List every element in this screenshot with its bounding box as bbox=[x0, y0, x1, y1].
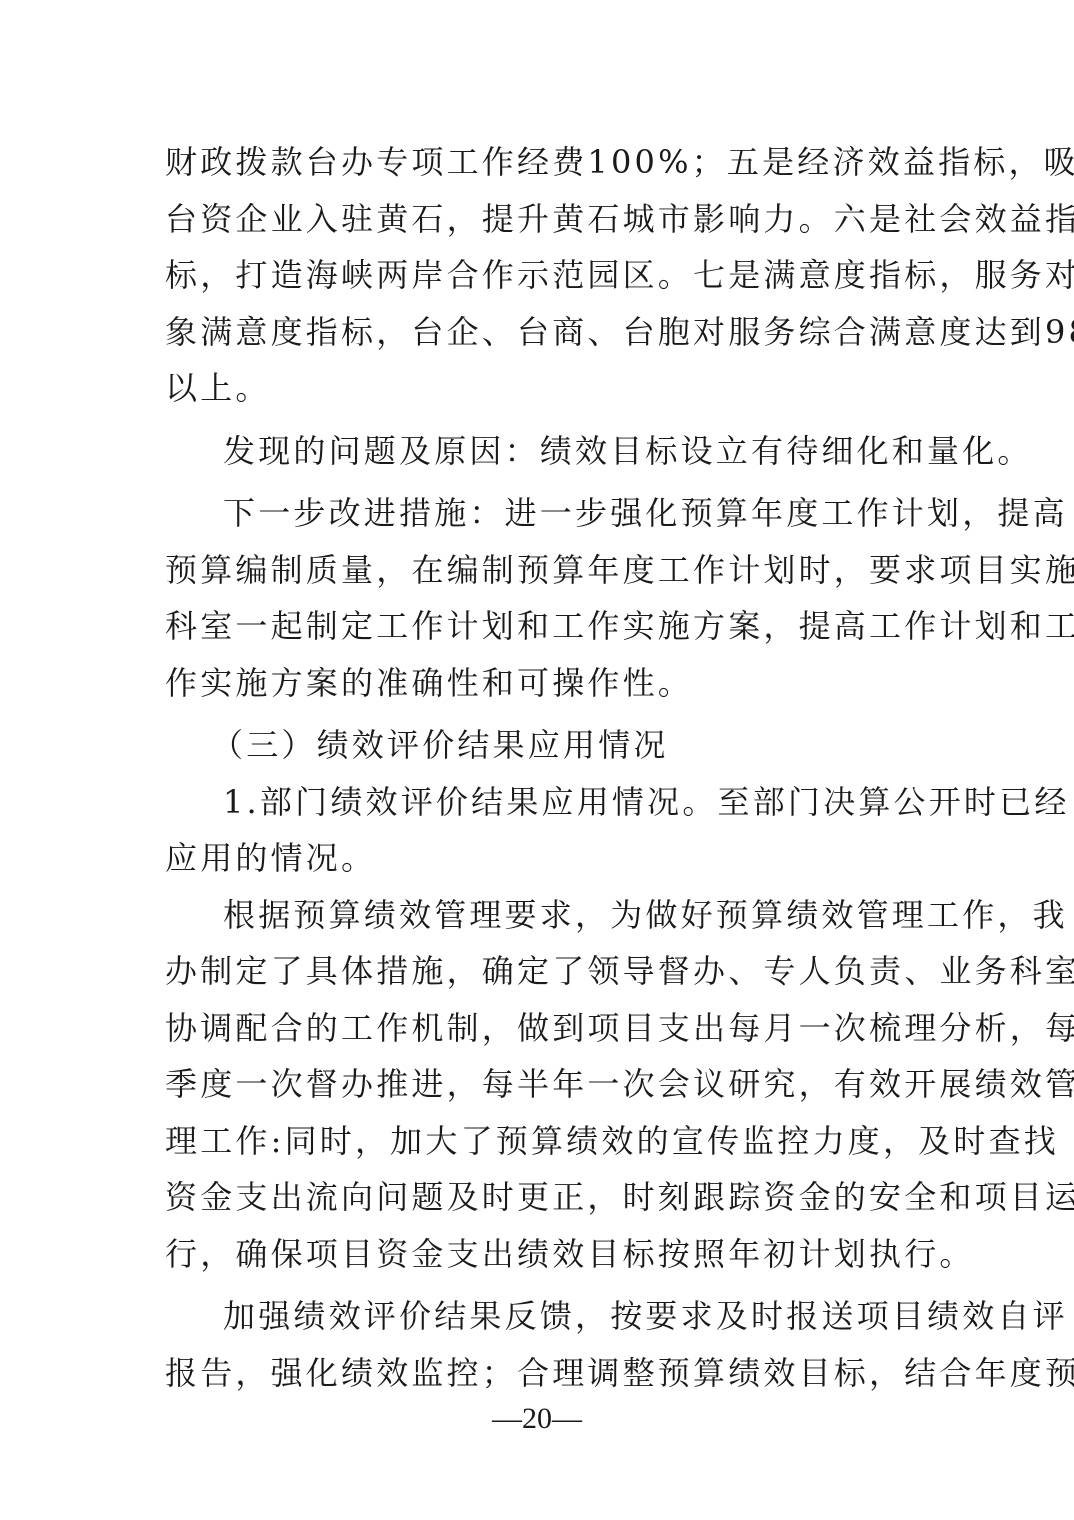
text-line: 1.部门绩效评价结果应用情况。至部门决算公开时已经 bbox=[165, 774, 915, 831]
text-line: 根据预算绩效管理要求，为做好预算绩效管理工作，我 bbox=[165, 887, 915, 944]
paragraph-performance-indicators: 财政拨款台办专项工作经费100%；五是经济效益指标，吸引 台资企业入驻黄石，提升… bbox=[165, 134, 915, 417]
text-line: 行，确保项目资金支出绩效目标按照年初计划执行。 bbox=[165, 1226, 915, 1283]
text-line: 财政拨款台办专项工作经费100%；五是经济效益指标，吸引 bbox=[165, 134, 915, 191]
text-line: 应用的情况。 bbox=[165, 830, 915, 887]
paragraph-problems-found: 发现的问题及原因：绩效目标设立有待细化和量化。 bbox=[165, 423, 915, 480]
paragraph-dept-results-application: 1.部门绩效评价结果应用情况。至部门决算公开时已经 应用的情况。 bbox=[165, 774, 915, 887]
text-line: 台资企业入驻黄石，提升黄石城市影响力。六是社会效益指 bbox=[165, 191, 915, 248]
text-line: 预算编制质量，在编制预算年度工作计划时，要求项目实施 bbox=[165, 542, 915, 599]
paragraph-feedback: 加强绩效评价结果反馈，按要求及时报送项目绩效自评 报告，强化绩效监控；合理调整预… bbox=[165, 1288, 915, 1401]
document-body: 财政拨款台办专项工作经费100%；五是经济效益指标，吸引 台资企业入驻黄石，提升… bbox=[165, 134, 915, 1401]
document-page: 财政拨款台办专项工作经费100%；五是经济效益指标，吸引 台资企业入驻黄石，提升… bbox=[0, 0, 1074, 1520]
text-line: 理工作:同时，加大了预算绩效的宣传监控力度，及时查找 bbox=[165, 1113, 915, 1170]
text-line: 标，打造海峡两岸合作示范园区。七是满意度指标，服务对 bbox=[165, 247, 915, 304]
text-line: 作实施方案的准确性和可操作性。 bbox=[165, 655, 915, 712]
paragraph-management-measures: 根据预算绩效管理要求，为做好预算绩效管理工作，我 办制定了具体措施，确定了领导督… bbox=[165, 887, 915, 1283]
text-line: 以上。 bbox=[165, 360, 915, 417]
text-line: 科室一起制定工作计划和工作实施方案，提高工作计划和工 bbox=[165, 598, 915, 655]
text-line: 象满意度指标，台企、台商、台胞对服务综合满意度达到98% bbox=[165, 304, 915, 361]
section-heading: （三）绩效评价结果应用情况 bbox=[165, 717, 915, 774]
text-line: 协调配合的工作机制，做到项目支出每月一次梳理分析，每 bbox=[165, 1000, 915, 1057]
section-heading-results-application: （三）绩效评价结果应用情况 bbox=[165, 717, 915, 774]
paragraph-improvement-measures: 下一步改进措施：进一步强化预算年度工作计划，提高 预算编制质量，在编制预算年度工… bbox=[165, 485, 915, 711]
page-number: —20— bbox=[0, 1402, 1074, 1436]
text-line: 报告，强化绩效监控；合理调整预算绩效目标，结合年度预 bbox=[165, 1345, 915, 1402]
text-line: 季度一次督办推进，每半年一次会议研究，有效开展绩效管 bbox=[165, 1056, 915, 1113]
text-line: 下一步改进措施：进一步强化预算年度工作计划，提高 bbox=[165, 485, 915, 542]
text-line: 加强绩效评价结果反馈，按要求及时报送项目绩效自评 bbox=[165, 1288, 915, 1345]
text-line: 发现的问题及原因：绩效目标设立有待细化和量化。 bbox=[165, 423, 915, 480]
text-line: 办制定了具体措施，确定了领导督办、专人负责、业务科室 bbox=[165, 943, 915, 1000]
text-line: 资金支出流向问题及时更正，时刻跟踪资金的安全和项目运 bbox=[165, 1169, 915, 1226]
